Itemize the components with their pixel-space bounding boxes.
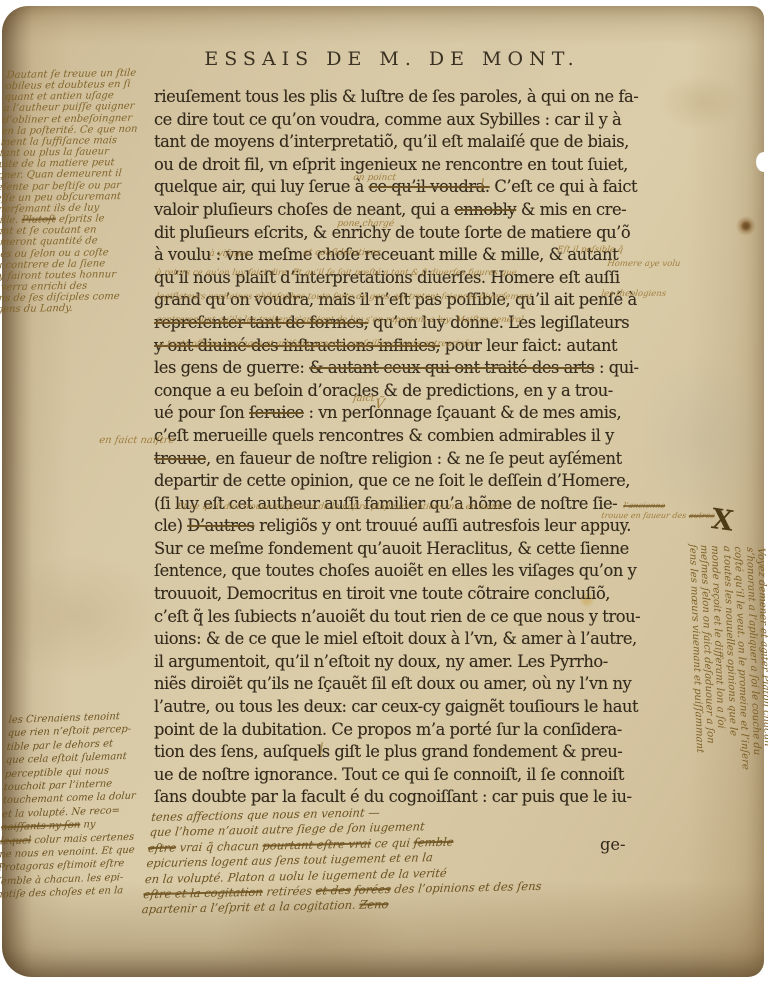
text-run: les gens de guerre: [154, 358, 309, 377]
interlinear-note: pone chargé [337, 219, 395, 229]
interlinear-note: contreremant qu’ils les traitent s’apuie… [156, 315, 525, 325]
pen-strike: D’autres [187, 516, 254, 535]
text-run: : vn perſonnage ſçauant & de mes amis, [304, 403, 621, 422]
text-run: les theologiens [601, 289, 667, 299]
text-run: point de la dubitation. Ce propos m’a po… [154, 720, 622, 739]
printed-line: il argumentoit, qu’il n’eſtoit ny doux, … [154, 652, 634, 675]
text-run: quelque air, qui luy ſerue à [154, 177, 369, 196]
text-run: C’eſt ce qui à faict [490, 177, 637, 196]
pen-strike: ennobly [454, 200, 516, 219]
interlinear-note: à retors ce qu’on luy faict dire. Et qu’… [156, 268, 518, 278]
text-run: : qui- [594, 358, 638, 377]
pen-strike: ſeruice [249, 403, 304, 422]
interlinear-note: faict [352, 393, 375, 404]
interlinear-note: Et ce qu’il dict trouue en faueur de la … [177, 502, 504, 512]
text-run: , en faueur de noſtre religion : & ne ſe… [206, 449, 622, 468]
text-run: à retors ce qu’on luy faict dire. Et qu’… [156, 268, 518, 278]
margin-note-left-bottom: les Cirenaiens tenointque rien n’eſtoit … [0, 709, 159, 902]
printed-line: trouuoit, Democritus en tiroit vne toute… [154, 584, 634, 607]
text-run: rieuſement tous les plis & luſtre de ſes… [154, 87, 638, 106]
text-run: vrai q̃ chacun [175, 838, 263, 854]
printed-line: tant de moyens d’interpretatiõ, qu’il eſ… [154, 132, 634, 155]
interlinear-note: à viſages [209, 249, 251, 259]
pen-strike: trouue [154, 449, 206, 468]
margin-note-left-top: Dautant ſe treuue un ſtileobileus et dou… [0, 67, 159, 316]
interlinear-note: en faict naiſtre [98, 435, 175, 446]
text-run: des l’opinions et des ſens [390, 879, 542, 896]
text-run: eſprits le [55, 213, 105, 225]
pen-strike: & autant ceux qui ont traité des arts [309, 358, 594, 377]
printed-line: c’eſt merueille quels rencontres & combi… [154, 426, 634, 449]
text-run: valoir pluſieurs choſes de neant, qui a [154, 200, 454, 219]
printed-line: rieuſement tous les plis & luſtre de ſes… [154, 87, 634, 110]
torn-edge-notch [756, 152, 768, 172]
printed-line: les gens de guerre: & autant ceux qui on… [154, 358, 634, 381]
text-run: retirées [262, 884, 316, 899]
pen-strike: eſtre et la cogitation [143, 885, 264, 902]
text-run: legiſlateurs capitaines philoſophes tout… [156, 292, 533, 302]
printed-line: cle) D’autres religiõs y ont trouué auſſ… [154, 516, 634, 539]
printed-line: ſentence, que toutes choſes auoiẽt en el… [154, 561, 634, 584]
text-run: en faict naiſtre [98, 435, 175, 446]
printed-line: departir de cette opinion, que ce ne ſoi… [154, 471, 634, 494]
text-run: Sur ce meſme fondement qu’auoit Heraclit… [154, 539, 629, 558]
text-run: trouuoit, Democritus en tiroit vne toute… [154, 584, 610, 603]
margin-note-right-vertical: Voyez demener et agiter Platon chacuns’h… [686, 544, 768, 848]
text-run: notiſe des choſes et en la [0, 885, 124, 900]
printed-line: conque a eu beſoin d’oracles & de predic… [154, 381, 634, 404]
printed-line: point de la dubitation. Ce propos m’a po… [154, 720, 634, 743]
text-run: tion des ſens, auſquels giſt le plus gra… [154, 742, 622, 761]
text-run: à viſages [209, 249, 251, 259]
printed-line: ce dire tout ce qu’on voudra, comme aux … [154, 110, 634, 133]
text-run: on poinct [353, 173, 397, 183]
text-run: ny [80, 819, 96, 831]
text-run: a touts offices ouurages et artiſans gen… [159, 339, 478, 349]
printed-line: ue de noſtre ignorance. Tout ce qui ſe c… [154, 765, 634, 788]
interlinear-note: l’ancienne [623, 501, 666, 510]
handwritten-line: regens du Landy. [0, 302, 138, 316]
interlinear-note: a touts offices ouurages et artiſans gen… [159, 339, 478, 349]
text-run: ce dire tout ce qu’on voudra, comme aux … [154, 110, 621, 129]
pen-strike: forées [354, 882, 392, 897]
pen-strike: noiſſants ny ſon [1, 820, 81, 834]
text-run: ce qui [370, 835, 414, 850]
text-run: religiõs y ont trouué auſſi autresfois l… [254, 516, 631, 535]
text-run: pone chargé [337, 219, 395, 229]
pen-strike: lequel [0, 835, 32, 847]
text-run: cle) [154, 516, 187, 535]
text-run: l’autre, ou tous les deux: car ceux-cy g… [154, 697, 638, 716]
text-run: tant de moyens d’interpretatiõ, qu’il eſ… [154, 132, 629, 151]
text-run: departir de cette opinion, que ce ne ſoi… [154, 471, 630, 490]
printed-line: c’eſt q̃ les ſubiects n’auoiẽt du tout r… [154, 607, 634, 630]
text-run: contreremant qu’ils les traitent s’apuie… [156, 315, 525, 325]
text-run: ué pour ſon [154, 403, 249, 422]
printed-line: niẽs diroiẽt qu’ils ne ſçauẽt ſil eſt do… [154, 674, 634, 697]
pen-strike: Zeno [359, 897, 390, 912]
text-run: & mis en cre- [516, 200, 626, 219]
printed-text: rieuſement tous les plis & luſtre de ſes… [154, 87, 634, 810]
text-run: Eſt il poſsible q̃ [557, 245, 624, 255]
book-page: ESSAIS DE M. DE MONT. rieuſement tous le… [2, 6, 764, 977]
text-run: ou de droit fil, vn eſprit ingenieux ne … [154, 155, 628, 174]
interlinear-note: legiſlateurs capitaines philoſophes tout… [156, 292, 533, 302]
interlinear-note: et conſiderations [303, 248, 382, 258]
pen-strike: l’ancienne [623, 501, 666, 510]
margin-note-bottom: tenes affections que nous en venoint —qu… [141, 800, 652, 919]
pen-strike: eſtre [147, 840, 176, 855]
text-run: c’eſt merueille quels rencontres & combi… [154, 426, 614, 445]
pen-strike: Plutoſt [21, 214, 56, 226]
text-run: ſentence, que toutes choſes auoiẽt en el… [154, 561, 636, 580]
interlinear-note: on poinct [353, 173, 397, 183]
printed-line: uions: & de ce que le miel eſtoit doux à… [154, 629, 634, 652]
interlinear-note: Eſt il poſsible q̃ [557, 245, 624, 255]
text-run: aille. [0, 215, 22, 227]
text-run: regens du Landy. [0, 303, 73, 316]
interlinear-note: trouue en faueur des autres [601, 511, 716, 520]
text-run: trouue en faueur des [601, 511, 690, 520]
interlinear-note: Homere aye volu [607, 259, 682, 269]
printed-line: ué pour ſon ſeruice : vn perſonnage ſçau… [154, 403, 634, 426]
interlinear-note: les theologiens [601, 289, 667, 299]
text-run: ue de noſtre ignorance. Tout ce qui ſe c… [154, 765, 624, 784]
printed-line: trouue, en faueur de noſtre religion : &… [154, 449, 634, 472]
pen-strike: pourtant eſtre vrai [262, 836, 372, 852]
text-run: c’eſt q̃ les ſubiects n’auoiẽt du tout r… [154, 607, 640, 626]
scanned-book-photo: { "document": { "header": "ESSAIS DE M. … [0, 0, 768, 983]
text-run: il argumentoit, qu’il n’eſtoit ny doux, … [154, 652, 608, 671]
text-run: et conſiderations [303, 248, 382, 258]
printed-line: tion des ſens, auſquels giſt le plus gra… [154, 742, 634, 765]
printed-line: Sur ce meſme fondement qu’auoit Heraclit… [154, 539, 634, 562]
pen-strike: et des [315, 883, 352, 898]
text-run: Et ce qu’il dict trouue en faueur de la … [177, 502, 504, 512]
text-run: faict [352, 393, 375, 404]
pen-strike: autres [688, 511, 715, 520]
text-run: niẽs diroiẽt qu’ils ne ſçauẽt ſil eſt do… [154, 674, 631, 693]
running-header: ESSAIS DE M. DE MONT. [152, 48, 632, 70]
text-run: uions: & de ce que le miel eſtoit doux à… [154, 629, 637, 648]
text-run: Homere aye volu [607, 259, 682, 269]
printed-line: l’autre, ou tous les deux: car ceux-cy g… [154, 697, 634, 720]
pen-strike: ſemble [413, 834, 454, 849]
